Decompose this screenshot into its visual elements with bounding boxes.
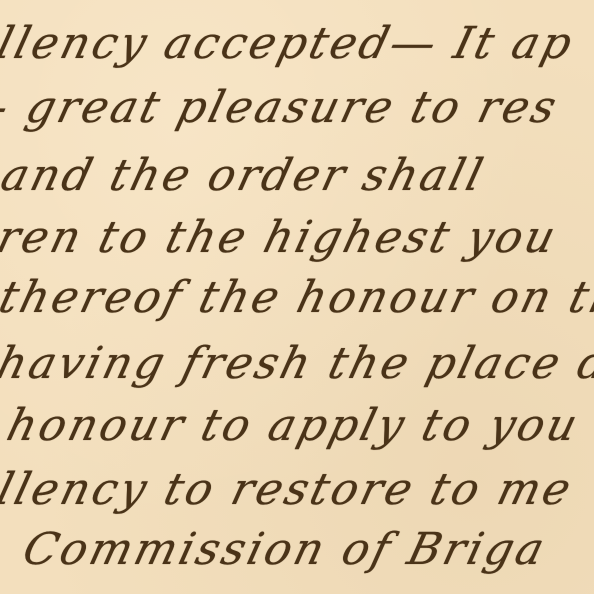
manuscript-line-3: and the order shall (0, 150, 491, 201)
manuscript-line-8: llency to restore to me (0, 464, 579, 515)
manuscript-line-4: ren to the highest you (0, 212, 563, 263)
manuscript-line-2: - great pleasure to res (0, 82, 564, 133)
manuscript-line-7: honour to apply to you (2, 400, 585, 451)
manuscript-line-5: thereof the honour on the (0, 272, 594, 323)
manuscript-line-6: having fresh the place day (0, 338, 594, 389)
manuscript-page: llency accepted— It ap - great pleasure … (0, 0, 594, 594)
manuscript-line-9: Commission of Briga (18, 524, 552, 575)
manuscript-line-1: llency accepted— It ap (0, 18, 580, 69)
